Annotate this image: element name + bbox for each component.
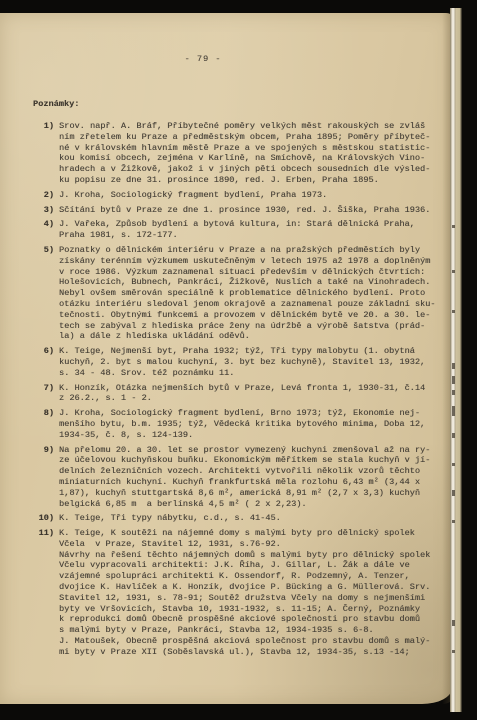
- text-line: Včela v Praze, Stavitel 12, 1931, s.76-9…: [59, 539, 443, 550]
- text-line: belgická 6,85 m a berlínská 4,5 m² ( 2 x…: [59, 499, 443, 510]
- text-line: miniaturních kuchyní. Kuchyň frankfurtsk…: [59, 477, 443, 488]
- text-line: Včelu vypracovali architekti: J.K. Říha,…: [59, 560, 443, 571]
- page-edge-mark: [452, 363, 455, 369]
- footnote: 7)K. Honzík, Otázka nejmenších bytů v Pr…: [33, 383, 443, 405]
- footnote-number: 10): [33, 513, 54, 524]
- footnote: 3)Sčítání bytů v Praze ze dne 1. prosinc…: [33, 205, 443, 216]
- page-edge-mark: [452, 270, 455, 273]
- text-line: mi byty v Praze XII (Soběslavská ul.), S…: [59, 647, 443, 658]
- footnote: 9)Na přelomu 20. a 30. let se prostor vy…: [33, 445, 443, 510]
- page-edge-mark: [452, 406, 455, 416]
- text-line: vzájemné spolupráci architekti K. Ossend…: [59, 571, 443, 582]
- footnote-text: Srov. např. A. Bráf, Příbytečné poměry v…: [59, 121, 443, 186]
- text-line: la) a dále z hlediska ukládání oděvů.: [59, 331, 443, 342]
- footnote-number: 8): [33, 408, 54, 440]
- text-line: kou komisí obcech, zejména v Karlíně, na…: [59, 153, 443, 164]
- text-line: menšího bytu, b.m. 1935; týž, Vědecká kr…: [59, 419, 443, 430]
- page-edge-mark: [452, 650, 455, 653]
- text-line: dvojice K. Havlíček a K. Honzík, dvojice…: [59, 582, 443, 593]
- footnote-text: Poznatky o dělnickém interiéru v Praze a…: [59, 245, 443, 342]
- footnote-text: Sčítání bytů v Praze ze dne 1. prosince …: [59, 205, 443, 216]
- text-line: 1,87), kuchyň stuttgartská 8,6 m², ameri…: [59, 488, 443, 499]
- paper-page: - 79 - Poznámky: 1)Srov. např. A. Bráf, …: [0, 13, 452, 704]
- text-line: Stavitel 12, 1931, s. 78-91; Soutěž druž…: [59, 593, 443, 604]
- scanned-book-page: - 79 - Poznámky: 1)Srov. např. A. Bráf, …: [0, 0, 477, 720]
- footnote-text: J. Kroha, Sociologický fragment bydlení,…: [59, 408, 443, 440]
- footnote: 6)K. Teige, Nejmenší byt, Praha 1932; tý…: [33, 346, 443, 378]
- text-line: Na přelomu 20. a 30. let se prostor vyme…: [59, 445, 443, 456]
- text-line: Sčítání bytů v Praze ze dne 1. prosince …: [59, 205, 443, 216]
- page-number: - 79 -: [33, 40, 373, 65]
- text-line: ním zřetelem ku Praze a předměstským obc…: [59, 132, 443, 143]
- page-edge-mark: [452, 520, 455, 523]
- text-line: byty ve Vršovicích, Stavba 10, 1931-1932…: [59, 604, 443, 615]
- footnote-number: 6): [33, 346, 54, 378]
- footnote-number: 5): [33, 245, 54, 342]
- footnote: 11)K. Teige, K soutěži na nájemné domy s…: [33, 528, 443, 658]
- text-line: tečnosti. Obytnými funkcemi a provozem v…: [59, 310, 443, 321]
- footnote: 10)K. Teige, Tři typy nábytku, c.d., s. …: [33, 513, 443, 524]
- footnote: 4)J. Vařeka, Způsob bydlení a bytová kul…: [33, 219, 443, 241]
- text-line: s malými byty v Praze, Pankráci, Stavba …: [59, 625, 443, 636]
- text-line: z 26.2., s. 1 - 2.: [59, 393, 443, 404]
- text-line: ze účelovou kuchyňskou buňku. Ekonomický…: [59, 455, 443, 466]
- text-line: v roce 1986. Výzkum zaznamenal situaci p…: [59, 267, 443, 278]
- footnote-number: 9): [33, 445, 54, 510]
- page-edge-mark: [452, 376, 455, 384]
- footnote-text: K. Honzík, Otázka nejmenších bytů v Praz…: [59, 383, 443, 405]
- text-line: K. Teige, Tři typy nábytku, c.d., s. 41-…: [59, 513, 443, 524]
- text-line: K. Teige, K soutěži na nájemné domy s ma…: [59, 528, 443, 539]
- footnote: 1)Srov. např. A. Bráf, Příbytečné poměry…: [33, 121, 443, 186]
- text-line: tech se zabýval z hlediska práce ženy na…: [59, 321, 443, 332]
- page-edge-mark: [452, 463, 455, 466]
- page-edge-mark: [452, 490, 455, 496]
- text-line: J. Matoušek, Obecně prospěšná akciová sp…: [59, 636, 443, 647]
- page-edge-mark: [452, 390, 455, 395]
- footnote-number: 3): [33, 205, 54, 216]
- notes-heading: Poznámky:: [33, 99, 443, 110]
- text-line: k reprodukci domů Obecně prospěšné akcio…: [59, 614, 443, 625]
- text-line: otázku interiéru sledoval jenom okrajově…: [59, 299, 443, 310]
- footnote-text: J. Vařeka, Způsob bydlení a bytová kultu…: [59, 219, 443, 241]
- footnote-number: 1): [33, 121, 54, 186]
- text-line: Praha 1981, s. 172-177.: [59, 230, 443, 241]
- text-line: K. Honzík, Otázka nejmenších bytů v Praz…: [59, 383, 443, 394]
- page-edge-mark: [452, 433, 455, 438]
- footnote: 5)Poznatky o dělnickém interiéru v Praze…: [33, 245, 443, 342]
- text-line: ku popisu ze dne 31. prosince 1890, red.…: [59, 175, 443, 186]
- text-line: K. Teige, Nejmenší byt, Praha 1932; týž,…: [59, 346, 443, 357]
- text-line: Holešovicích, Bubnech, Pankráci, Žižkově…: [59, 277, 443, 288]
- footnote-number: 11): [33, 528, 54, 658]
- text-line: Poznatky o dělnickém interiéru v Praze a…: [59, 245, 443, 256]
- text-line: hradech a v Žižkově, jakož i v jiných pě…: [59, 164, 443, 175]
- footnote-number: 7): [33, 383, 54, 405]
- page-edge-mark: [452, 620, 455, 626]
- footnote-text: K. Teige, Tři typy nábytku, c.d., s. 41-…: [59, 513, 443, 524]
- footnote-text: J. Kroha, Sociologický fragment bydlení,…: [59, 190, 443, 201]
- footnote: 8)J. Kroha, Sociologický fragment bydlen…: [33, 408, 443, 440]
- footnote-number: 4): [33, 219, 54, 241]
- footnote-text: Na přelomu 20. a 30. let se prostor vyme…: [59, 445, 443, 510]
- page-content: - 79 - Poznámky: 1)Srov. např. A. Bráf, …: [33, 40, 443, 662]
- text-line: J. Vařeka, Způsob bydlení a bytová kultu…: [59, 219, 443, 230]
- footnote-number: 2): [33, 190, 54, 201]
- page-edge-mark: [452, 225, 455, 228]
- text-line: kuchyň, 2. byt s malou kuchyní, 3. byt b…: [59, 357, 443, 368]
- text-line: s. 34 - 48. Srov. též poznámku 11.: [59, 368, 443, 379]
- notes-list: 1)Srov. např. A. Bráf, Příbytečné poměry…: [33, 121, 443, 658]
- page-edge-mark: [452, 310, 455, 313]
- text-line: J. Kroha, Sociologický fragment bydlení,…: [59, 190, 443, 201]
- book-page-edges: [450, 8, 462, 712]
- footnote: 2)J. Kroha, Sociologický fragment bydlen…: [33, 190, 443, 201]
- text-line: né v královském hlavním městě Praze a ve…: [59, 143, 443, 154]
- footnote-text: K. Teige, Nejmenší byt, Praha 1932; týž,…: [59, 346, 443, 378]
- text-line: J. Kroha, Sociologický fragment bydlení,…: [59, 408, 443, 419]
- text-line: 1934-35, č. 8, s. 124-139.: [59, 430, 443, 441]
- text-line: Nebyl ovšem směrován speciálně k problem…: [59, 288, 443, 299]
- text-line: získány terénním výzkumem uskutečněným v…: [59, 256, 443, 267]
- text-line: Srov. např. A. Bráf, Příbytečné poměry v…: [59, 121, 443, 132]
- text-line: Návrhy na řešení těchto nájemných domů s…: [59, 550, 443, 561]
- text-line: delních železničních vozech. Architekti …: [59, 466, 443, 477]
- footnote-text: K. Teige, K soutěži na nájemné domy s ma…: [59, 528, 443, 658]
